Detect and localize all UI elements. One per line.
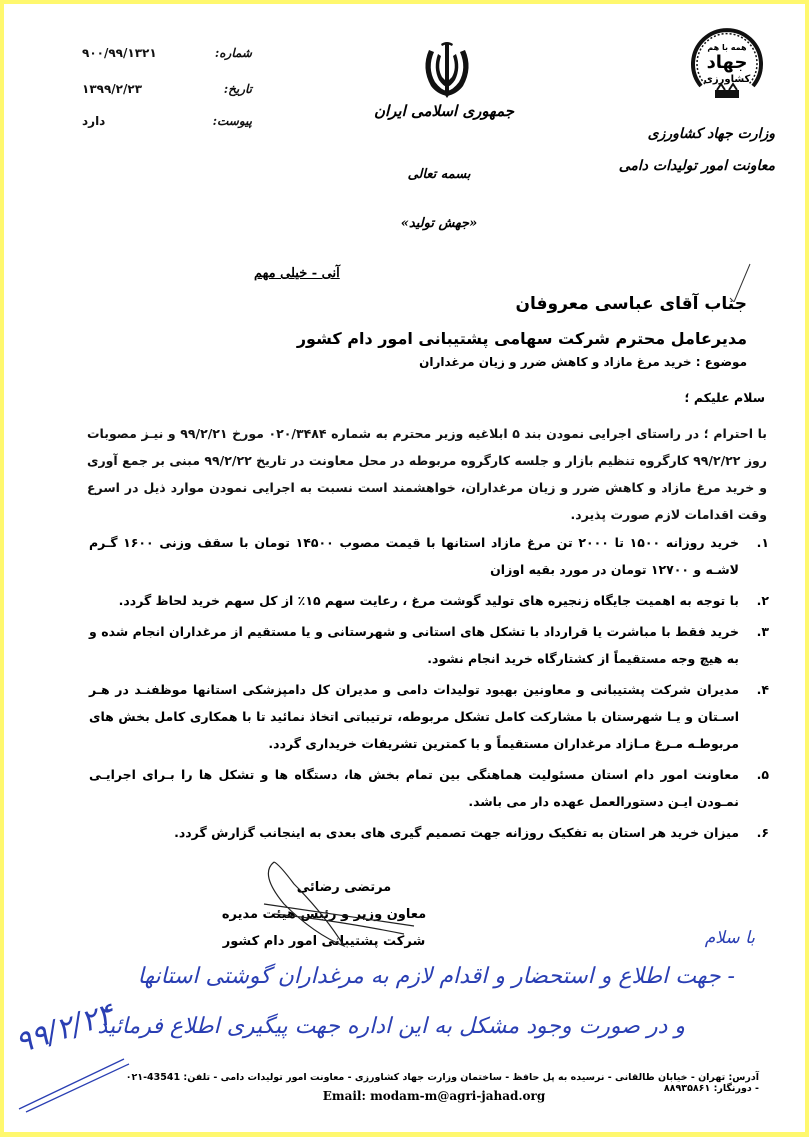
list-item: ۲.با توجه به اهمیت جایگاه زنجیره های تول… [89, 587, 769, 614]
letter-date-label: تاریخ: [224, 82, 252, 96]
list-item: ۳.خرید فقط با مباشرت یا قرارداد با تشکل … [89, 618, 769, 672]
letter-date-row: تاریخ: ۱۳۹۹/۲/۲۳ [82, 82, 252, 102]
urgency-stamp: آنی - خیلی مهم [254, 266, 340, 281]
letter-date-value: ۱۳۹۹/۲/۲۳ [82, 82, 142, 96]
letter-attachment-row: پیوست: دارد [82, 114, 252, 134]
iran-emblem-icon [419, 40, 475, 100]
letter-number-row: شماره: ۹۰۰/۹۹/۱۳۲۱ [82, 46, 252, 66]
basmala: بسمه تعالی [399, 167, 479, 182]
ministry-line-2: معاونت امور تولیدات دامی [575, 150, 775, 182]
list-item: ۱.خرید روزانه ۱۵۰۰ تا ۲۰۰۰ تن مرغ مازاد … [89, 529, 769, 583]
jihad-agriculture-logo-icon: همه با هم جهاد کشاورزی [687, 24, 767, 106]
handwritten-salutation: با سلام [705, 928, 755, 948]
list-item: ۴.مدیران شرکت پشتیبانی و معاونین بهبود ت… [89, 676, 769, 757]
letter-number-label: شماره: [215, 46, 252, 60]
handwritten-line-1: - جهت اطلاع و استحضار و اقدام لازم به مر… [55, 964, 735, 989]
letter-attachment-value: دارد [82, 114, 105, 128]
list-item: ۵.معاونت امور دام استان مسئولیت هماهنگی … [89, 761, 769, 815]
letter-subject: موضوع : خرید مرغ مازاد و کاهش ضرر و زیان… [227, 352, 747, 372]
ministry-name: وزارت جهاد کشاورزی معاونت امور تولیدات د… [575, 118, 775, 182]
footer-email: Email: modam-m@agri-jahad.org [284, 1089, 584, 1103]
handwritten-date: ۹۹/۲/۲۴ [11, 997, 118, 1061]
letter-page: شماره: ۹۰۰/۹۹/۱۳۲۱ تاریخ: ۱۳۹۹/۲/۲۳ پیوس… [4, 4, 805, 1132]
ministry-line-1: وزارت جهاد کشاورزی [575, 118, 775, 150]
republic-name: جمهوری اسلامی ایران [364, 102, 524, 120]
intro-paragraph: با احترام ؛ در راستای اجرایی نمودن بند ۵… [87, 420, 767, 528]
greeting: سلام علیکم ؛ [685, 390, 765, 405]
list-item: ۶.میزان خرید هر استان به تفکیک روزانه جه… [89, 819, 769, 846]
addressee-block: جناب آقای عباسی معروفان مدیرعامل محترم ش… [227, 292, 747, 372]
signature-scribble-icon [254, 854, 424, 954]
year-slogan: «جهش تولید» [399, 216, 479, 231]
handwritten-underline-icon [14, 1054, 134, 1114]
letter-attachment-label: پیوست: [213, 114, 252, 128]
addressee-name: جناب آقای عباسی معروفان [227, 292, 747, 316]
svg-text:همه با هم: همه با هم [707, 43, 747, 52]
svg-text:کشاورزی: کشاورزی [704, 74, 751, 85]
instruction-list: ۱.خرید روزانه ۱۵۰۰ تا ۲۰۰۰ تن مرغ مازاد … [89, 529, 769, 850]
svg-text:جهاد: جهاد [707, 52, 748, 73]
addressee-title: مدیرعامل محترم شرکت سهامی پشتیبانی امور … [227, 326, 747, 352]
letter-number-value: ۹۰۰/۹۹/۱۳۲۱ [82, 46, 157, 60]
handwritten-line-2: و در صورت وجود مشکل به این اداره جهت پیگ… [65, 1014, 685, 1039]
